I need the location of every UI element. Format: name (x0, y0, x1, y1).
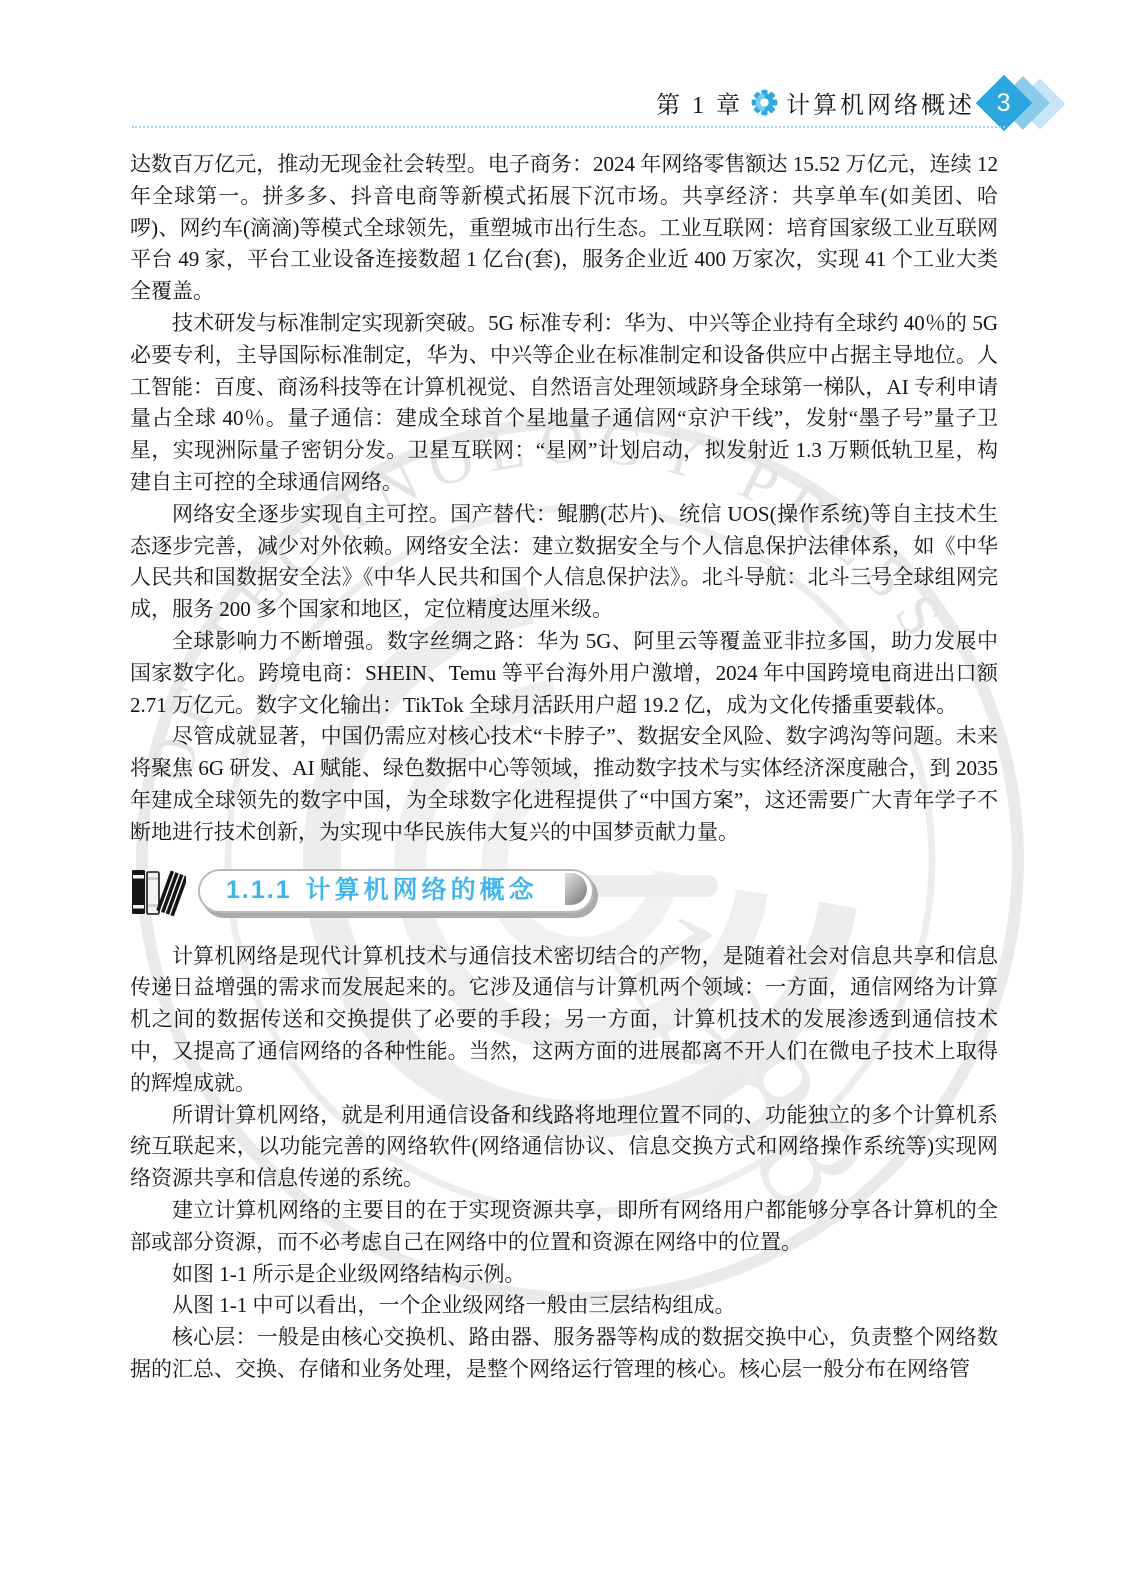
page-header: 第 1 章 计算机网络概述 (130, 82, 975, 122)
body-paragraph: 所谓计算机网络，就是利用通信设备和线路将地理位置不同的、功能独立的多个计算机系统… (130, 1100, 998, 1195)
body-paragraph: 网络安全逐步实现自主可控。国产替代：鲲鹏(芯片)、统信 UOS(操作系统)等自主… (130, 499, 998, 626)
capsule-end-cap (565, 873, 587, 905)
chapter-title: 计算机网络概述 (786, 85, 975, 120)
body-text: 达数百万亿元，推动无现金社会转型。电子商务：2024 年网络零售额达 15.52… (130, 149, 998, 1386)
body-paragraph: 技术研发与标准制定实现新突破。5G 标准专利：华为、中兴等企业持有全球约 40％… (130, 308, 998, 499)
page-number: 3 (997, 89, 1011, 118)
body-paragraph: 如图 1-1 所示是企业级网络结构示例。 (130, 1259, 998, 1291)
chapter-label: 第 1 章 (656, 85, 743, 120)
body-paragraph: 达数百万亿元，推动无现金社会转型。电子商务：2024 年网络零售额达 15.52… (130, 149, 998, 308)
books-icon (130, 864, 186, 918)
body-paragraph: 计算机网络是现代计算机技术与通信技术密切结合的产物，是随着社会对信息共享和信息传… (130, 941, 998, 1100)
section-heading: 1.1.1 计算机网络的概念 (130, 865, 998, 917)
page-number-badge: 3 (978, 72, 1088, 140)
body-paragraph: 全球影响力不断增强。数字丝绸之路：华为 5G、阿里云等覆盖亚非拉多国，助力发展中… (130, 626, 998, 721)
body-paragraph: 从图 1-1 中可以看出，一个企业级网络一般由三层结构组成。 (130, 1290, 998, 1322)
gear-icon (751, 89, 778, 116)
section-capsule: 1.1.1 计算机网络的概念 (198, 869, 594, 913)
header-rule (132, 126, 1005, 128)
body-paragraph: 建立计算机网络的主要目的在于实现资源共享，即所有网络用户都能够分享各计算机的全部… (130, 1195, 998, 1259)
body-paragraph: 核心层：一般是由核心交换机、路由器、服务器等构成的数据交换中心，负责整个网络数据… (130, 1322, 998, 1386)
body-paragraph: 尽管成就显著，中国仍需应对核心技术“卡脖子”、数据安全风险、数字鸿沟等问题。未来… (130, 721, 998, 848)
section-number: 1.1.1 (226, 875, 292, 907)
book-page: OF TECHNOLOGY PRESS 1988 第 1 章 计算机网络概述 (0, 0, 1128, 1571)
section-title: 计算机网络的概念 (306, 875, 538, 907)
